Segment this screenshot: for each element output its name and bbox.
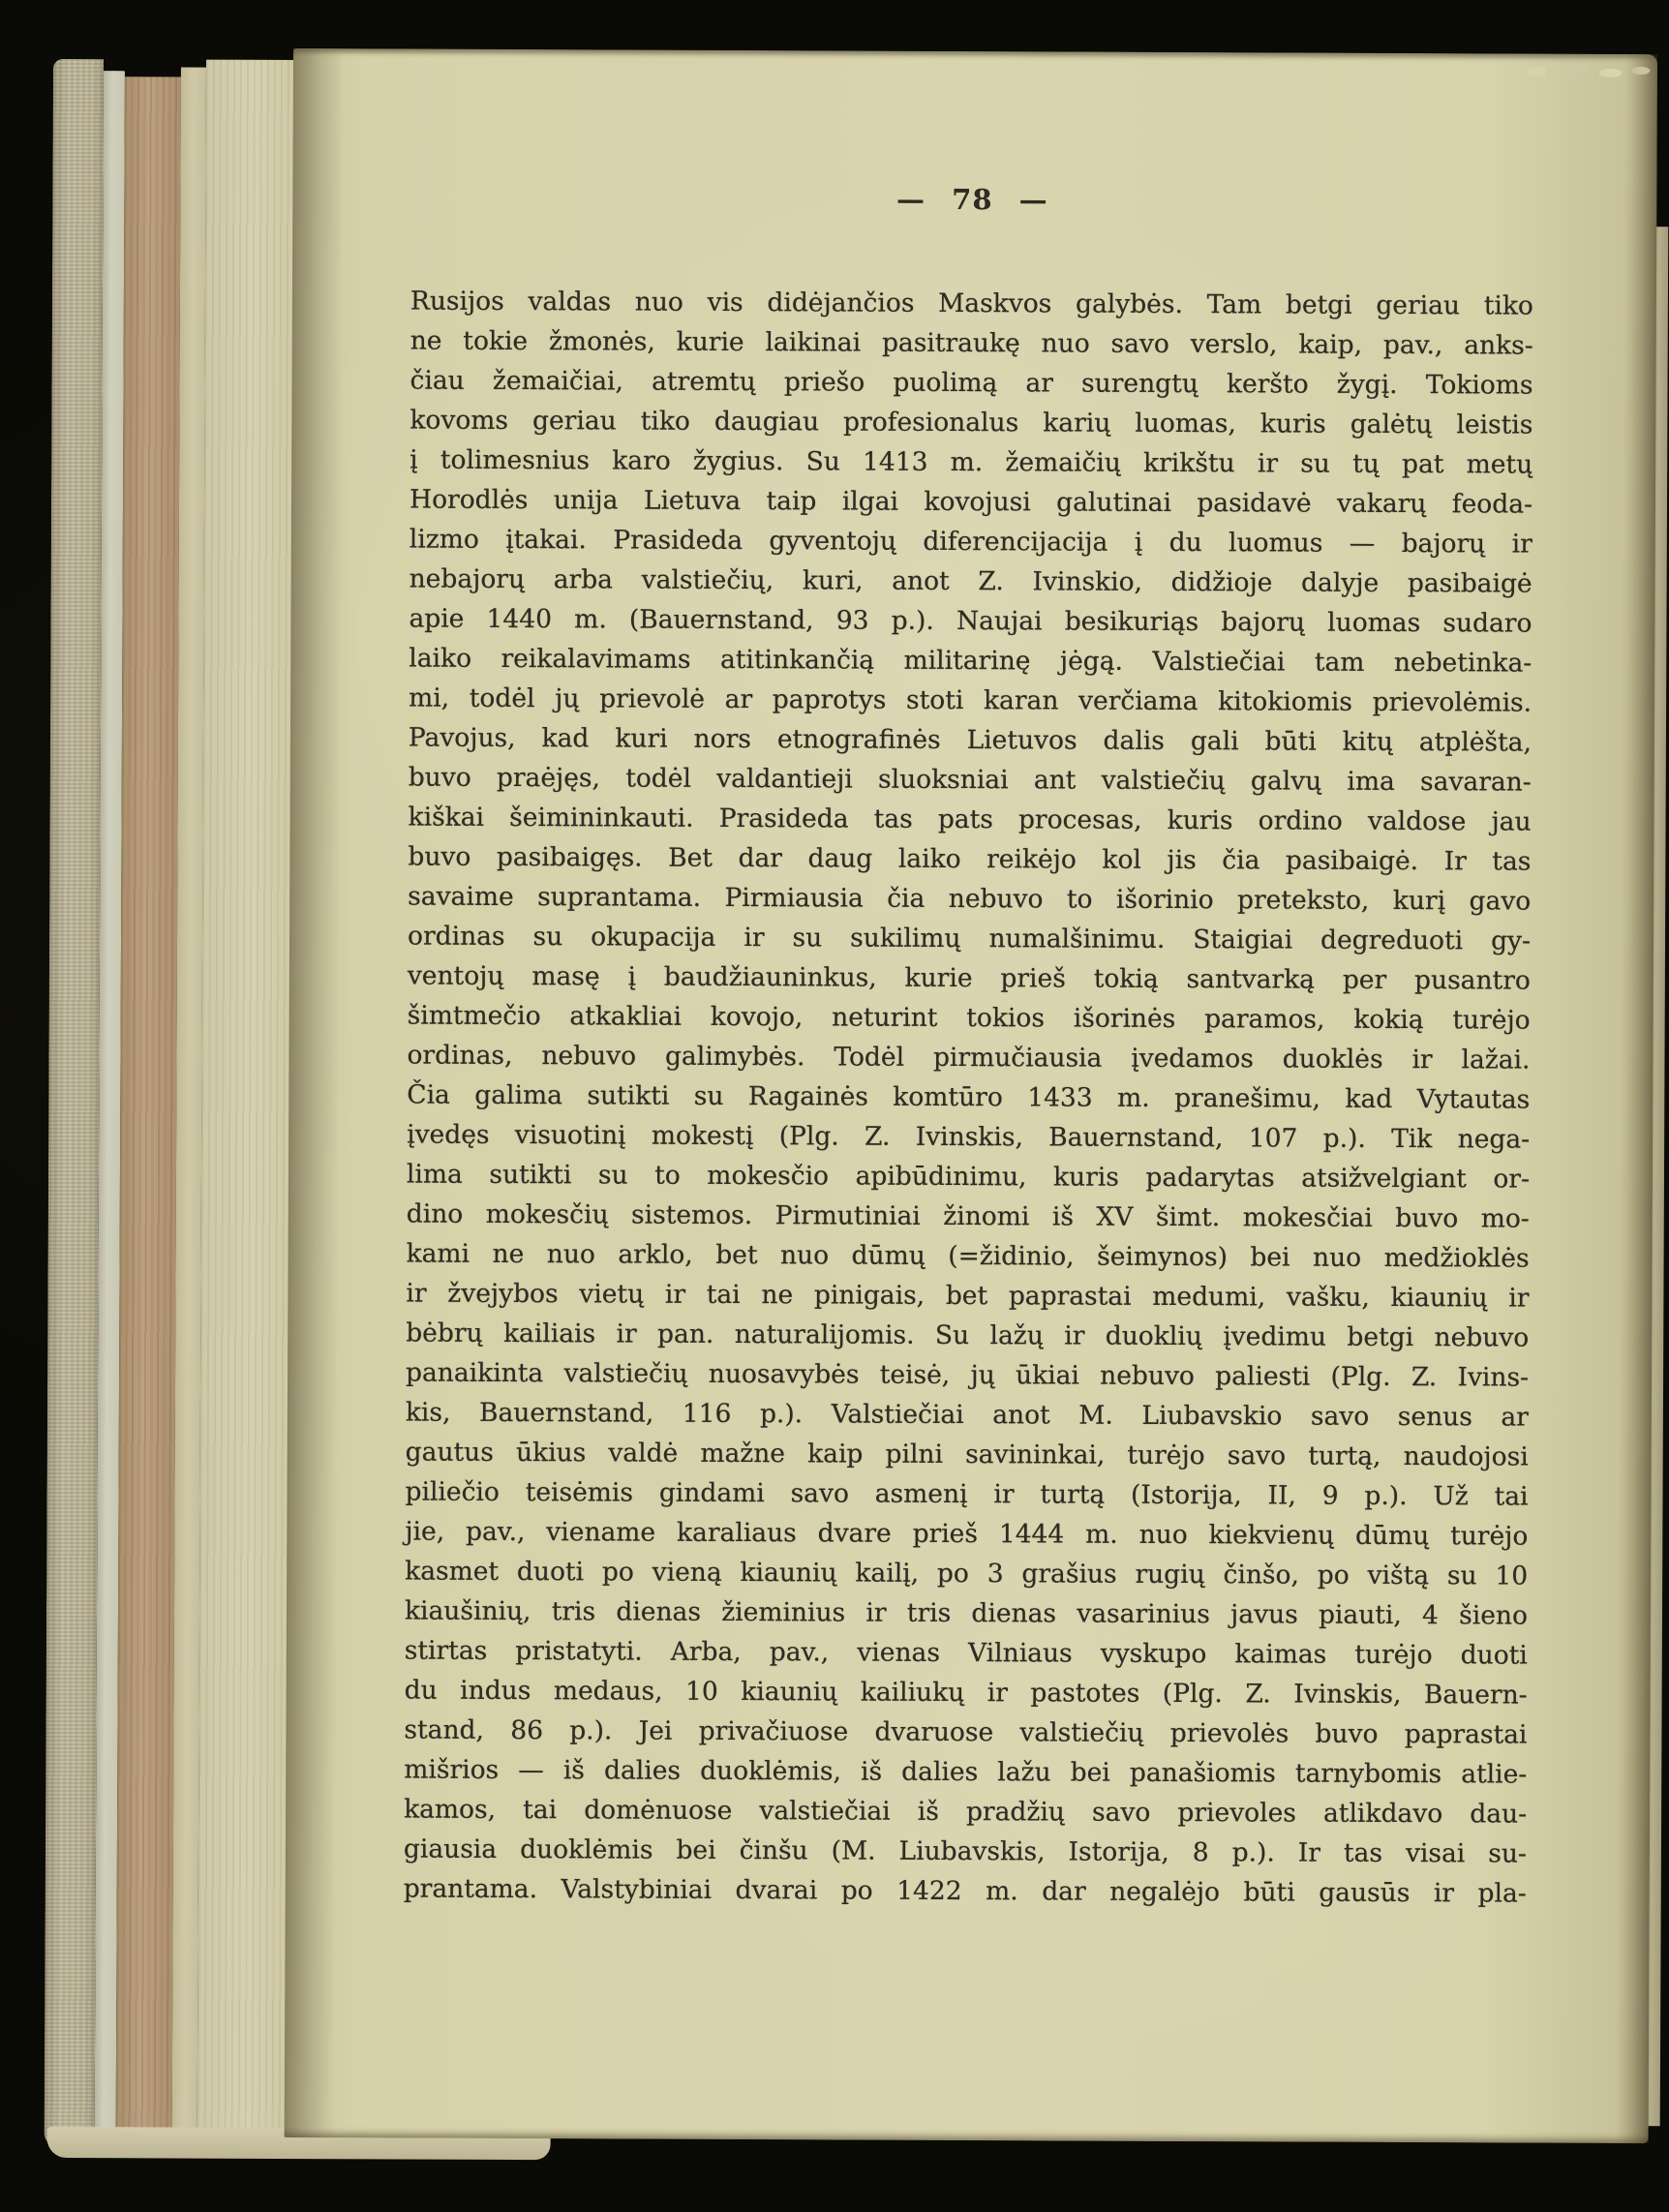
text-line: ordinas su okupacija ir su sukilimų numa… — [408, 917, 1531, 961]
text-line: kasmet duoti po vieną kiaunių kailį, po … — [405, 1552, 1528, 1596]
text-line: ordinas, nebuvo galimybės. Todėl pirmuči… — [407, 1036, 1530, 1080]
scan-background: — 78 — Rusijos valdas nuo vis didėjančio… — [0, 0, 1669, 2212]
text-line: ne tokie žmonės, kurie laikinai pasitrau… — [410, 321, 1533, 366]
text-line: Horodlės unija Lietuva taip ilgai kovoju… — [410, 480, 1532, 525]
text-line: piliečio teisėmis gindami savo asmenį ir… — [405, 1472, 1528, 1517]
page-edges-strip — [197, 60, 295, 2141]
text-line: ventojų masę į baudžiauninkus, kurie pri… — [408, 956, 1531, 1001]
text-line: panaikinta valstiečių nuosavybės teisė, … — [406, 1353, 1529, 1398]
text-line: kovoms geriau tiko daugiau profesionalus… — [410, 401, 1532, 445]
torn-paper-corner — [1520, 54, 1657, 80]
text-line: nebajorų arba valstiečių, kuri, anot Z. … — [410, 560, 1532, 604]
book-cloth-edge — [45, 59, 104, 2148]
text-line: Čia galima sutikti su Ragainės komtūro 1… — [407, 1076, 1530, 1120]
text-line: du indus medaus, 10 kiaunių kailiukų ir … — [405, 1671, 1528, 1715]
text-line: Rusijos valdas nuo vis didėjančios Maskv… — [410, 282, 1533, 326]
text-line: šimtmečio atkakliai kovojo, neturint tok… — [408, 996, 1531, 1041]
text-line: kiaušinių, tris dienas žieminius ir tris… — [405, 1591, 1528, 1636]
text-line: lizmo įtakai. Prasideda gyventojų difere… — [410, 520, 1532, 564]
text-line: mi, todėl jų prievolė ar paprotys stoti … — [409, 679, 1532, 723]
text-line: Pavojus, kad kuri nors etnografinės Liet… — [409, 718, 1532, 763]
text-line: jie, pav., viename karaliaus dvare prieš… — [405, 1512, 1528, 1557]
text-line: bėbrų kailiais ir pan. naturalijomis. Su… — [406, 1314, 1529, 1358]
text-line: gautus ūkius valdė mažne kaip pilni savi… — [406, 1433, 1529, 1477]
page-number: — 78 — — [410, 181, 1533, 225]
text-line: giausia duoklėmis bei činšu (M. Liubavsk… — [404, 1830, 1527, 1874]
text-line: buvo praėjęs, todėl valdantieji sluoksni… — [409, 758, 1532, 803]
book: — 78 — Rusijos valdas nuo vis didėjančio… — [0, 0, 1669, 2212]
text-line: kis, Bauernstand, 116 p.). Valstiečiai a… — [406, 1393, 1529, 1438]
text-line: savaime suprantama. Pirmiausia čia nebuv… — [408, 877, 1531, 922]
text-line: lima sutikti su to mokesčio apibūdinimu,… — [407, 1155, 1530, 1199]
text-line: dino mokesčių sistemos. Pirmutiniai žino… — [407, 1195, 1530, 1239]
text-line: laiko reikalavimams atitinkančią militar… — [409, 639, 1532, 683]
text-line: įvedęs visuotinį mokestį (Plg. Z. Ivinsk… — [407, 1115, 1530, 1160]
text-line: ir žvejybos vietų ir tai ne pinigais, be… — [406, 1274, 1529, 1318]
text-line: kiškai šeimininkauti. Prasideda tas pats… — [408, 798, 1531, 842]
text-line: stirtas pristatyti. Arba, pav., vienas V… — [405, 1631, 1528, 1676]
text-line: prantama. Valstybiniai dvarai po 1422 m.… — [404, 1869, 1527, 1914]
text-line: į tolimesnius karo žygius. Su 1413 m. že… — [410, 440, 1532, 485]
text-line: kami ne nuo arklo, bet nuo dūmų (=židini… — [407, 1234, 1530, 1279]
page-edges-strip — [116, 76, 181, 2140]
body-text: Rusijos valdas nuo vis didėjančios Maskv… — [404, 282, 1533, 1914]
text-line: čiau žemaičiai, atremtų priešo puolimą a… — [410, 361, 1532, 406]
text-line: stand, 86 p.). Jei privačiuose dvaruose … — [404, 1711, 1527, 1755]
text-line: kamos, tai domėnuose valstiečiai iš prad… — [404, 1790, 1527, 1834]
text-line: mišrios — iš dalies duoklėmis, iš dalies… — [404, 1750, 1527, 1795]
text-line: apie 1440 m. (Bauernstand, 93 p.). Nauja… — [409, 599, 1532, 644]
book-page: — 78 — Rusijos valdas nuo vis didėjančio… — [285, 48, 1657, 2143]
gutter-shadow — [285, 48, 344, 2137]
text-line: buvo pasibaigęs. Bet dar daug laiko reik… — [408, 837, 1531, 882]
